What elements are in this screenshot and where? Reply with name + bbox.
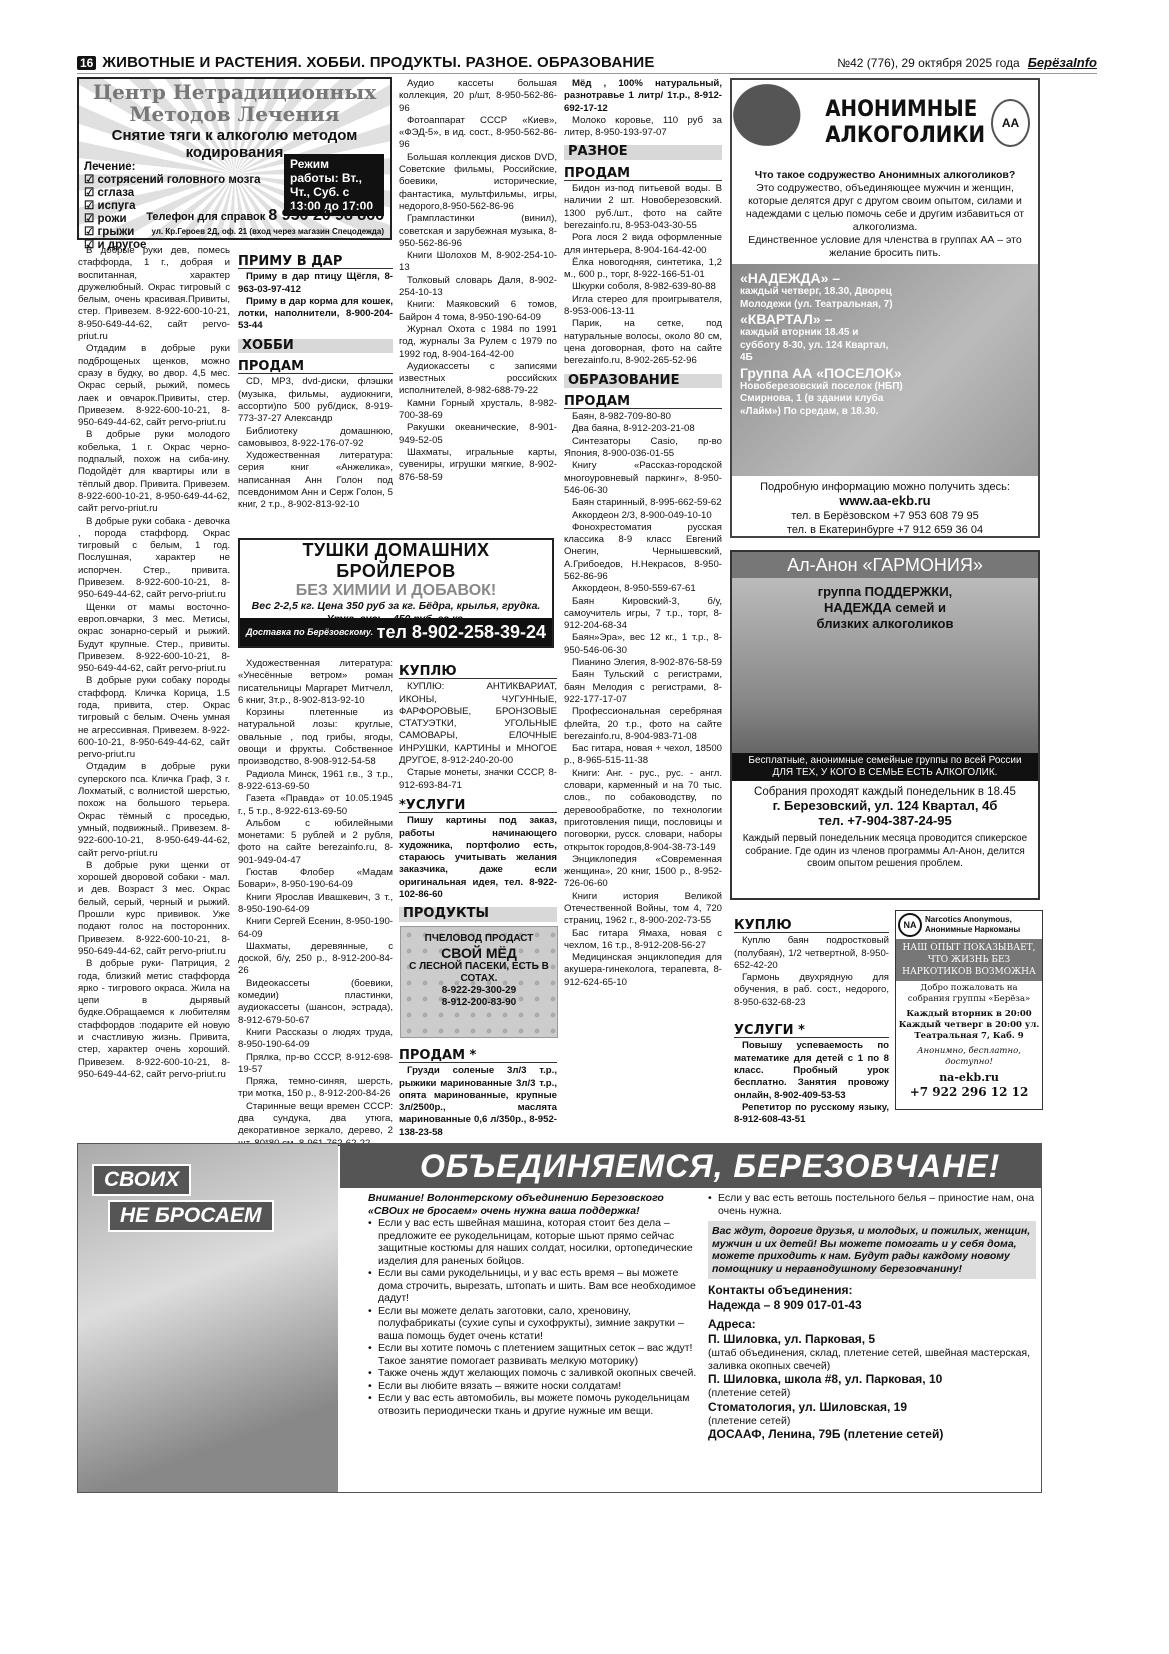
classified-item: Баян, 8-982-709-80-80 [564,411,722,423]
help-item: Если вы можете делать заготовки, сало, х… [368,1305,698,1343]
honey-phone: 8-922-29-300-29 [401,985,557,997]
na-header: NANarcotics Anonymous,Анонимные Наркоман… [896,911,1042,939]
classified-item: Аудиокассеты с записями известных россий… [399,361,557,398]
classified-item: Книгу «Рассказ-городской многоуровневый … [564,460,722,497]
classified-item: Игла стерео для проигрывателя, 8-953-006… [564,294,722,319]
classified-item: Книги история Великой Отечественной Войн… [564,891,722,928]
aa-phone: тел. в Берёзовском +7 953 608 79 95 [732,509,1038,523]
classified-item: Медицинская энциклопедия для акушера-гин… [564,952,722,989]
classified-item: Повышу успеваемость по математике для де… [734,1040,889,1101]
classified-item: Гармонь двухрядную для обучения, в раб. … [734,972,889,1009]
address-item: Стоматология, ул. Шиловская, 19 [708,1400,1036,1415]
classified-item: Большая коллекция дисков DVD, Советские … [399,152,557,213]
classified-item: Аккордеон 2/3, 8-900-049-10-10 [564,510,722,522]
classified-item: Гюстав Флобер «Мадам Бовари», 8-950-190-… [238,867,393,892]
group-title: Группа АА «ПОСЕЛОК» [740,365,1030,381]
classified-item: Фотоаппарат СССР «Киев», «ФЭД-5», в ид. … [399,115,557,152]
rubric-heading: ПРОДАМ [238,359,393,374]
aa-more: Подробную информацию можно получить здес… [732,480,1038,494]
classified-item: Журнал Охота с 1984 по 1991 год, журналы… [399,324,557,361]
ad-honey: ПЧЕЛОВОД ПРОДАСТ СВОЙ МЁД С ЛЕСНОЙ ПАСЕК… [400,926,558,1038]
help-item: Если вы хотите помочь с плетением защитн… [368,1342,698,1367]
broiler-phone: тел 8-902-258-39-24 [377,622,546,643]
ad-broilers: ТУШКИ ДОМАШНИХ БРОЙЛЕРОВ БЕЗ ХИМИИ И ДОБ… [238,538,554,648]
info-address: г. Березовский, ул. 124 Квартал, 4б [773,798,998,813]
na-title: Narcotics Anonymous, [925,915,1020,925]
banner-intro: Внимание! Волонтерскому объединению Бере… [368,1192,698,1217]
classified-item: Грузди соленые 3л/3 т.р., рыжики маринов… [399,1065,557,1139]
classified-item: Книги: Маяковский 6 томов, Байрон 4 тома… [399,299,557,324]
aa-title-line: АЛКОГОЛИКИ [825,123,985,149]
rubric-heading: *УСЛУГИ [399,798,557,813]
rubric-heading: УСЛУГИ * [734,1023,889,1038]
info-phone: тел. +7-904-387-24-95 [818,813,952,828]
classified-item: Энциклопедия «Современная женщина», 20 к… [564,854,722,891]
classified-item: Баян Кировский-3, б/у, самоучитель игры,… [564,596,722,633]
na-welcome: Добро пожаловать на собрания группы «Бер… [896,981,1042,1007]
classified-item: Пианино Элегия, 8-902-876-58-59 [564,657,722,669]
band-line: Бесплатные, анонимные семейные группы по… [734,755,1036,767]
classified-item: Ракушки океанические, 8-901-949-52-05 [399,422,557,447]
classified-item: Аккордеон, 8-950-559-67-61 [564,583,722,595]
category-heading: РАЗНОЕ [564,145,722,159]
banner-col2: Если у вас есть ветошь постельного белья… [708,1192,1036,1442]
classified-item: Камни Горный хрусталь, 8-982-700-38-69 [399,398,557,423]
column-buy-services-2: КУПЛЮ Куплю баян подростковый (полубаян)… [734,912,889,1126]
classified-item: Бидон из-под питьевой воды. В наличии 2 … [564,183,722,232]
classified-item: Бас гитара Ямаха, новая с чехлом, 16 т.р… [564,928,722,953]
aa-header: АНОНИМНЫЕАЛКОГОЛИКИ AA [732,80,1038,165]
classified-item: Шахматы, деревянные, с доской, б/у, 250 … [238,941,393,978]
aa-logo-icon: AA [991,99,1030,147]
classified-item: Молоко коровье, 110 руб за литер, 8-950-… [564,115,722,140]
na-message: НАШ ОПЫТ ПОКАЗЫВАЕТ, ЧТО ЖИЗНЬ БЕЗ НАРКО… [896,939,1042,981]
classified-item: В добрые руки молодого кобелька, 1 г. Ок… [78,429,230,515]
help-item: Если у вас есть ветошь постельного белья… [708,1192,1036,1217]
aa-title: АНОНИМНЫЕАЛКОГОЛИКИ [825,97,985,149]
classified-item: Приму в дар корма для кошек, лотки, напо… [238,296,393,333]
group-info: каждый четверг, 18.30, Дворец Молодежи (… [740,286,900,311]
rubric-heading: ПРИМУ В ДАР [238,254,393,269]
address: ул. Кр.Героев 2Д, оф. 21 (вход через маг… [151,227,384,236]
classified-item: Куплю баян подростковый (полубаян), 1/2 … [734,935,889,972]
address-note: (плетение сетей) [708,1387,1036,1400]
broiler-footer: Доставка по Берёзовскому.тел 8-902-258-3… [240,618,552,646]
broiler-subtitle: БЕЗ ХИМИИ И ДОБАВОК! [240,582,552,600]
ad-al-anon: Ал-Анон «ГАРМОНИЯ» группа ПОДДЕРЖКИ, НАД… [730,550,1040,900]
phone-label: Телефон для справок [146,211,265,223]
brand-logo: БерёзаInfo [1028,55,1097,70]
ad-alcoholics-anonymous: АНОНИМНЫЕАЛКОГОЛИКИ AA Что такое содруже… [730,78,1040,538]
group-info: каждый вторник 18.45 и субботу 8-30, ул.… [740,327,900,365]
phone-number: 8 950 20 98 866 [268,207,384,224]
classified-item: Ёлка новогодняя, синтетика, 1,2 м., 600 … [564,257,722,282]
classified-item: Парик, на сетке, под натуральные волосы,… [564,318,722,367]
rubric-heading: КУПЛЮ [734,918,889,933]
section-title: ЖИВОТНЫЕ И РАСТЕНИЯ. ХОББИ. ПРОДУКТЫ. РА… [102,54,654,71]
na-logo-icon: NA [898,913,922,937]
rubric-heading: ПРОДАМ * [399,1048,557,1063]
classified-item: Книги Рассказы о людях труда, 8-950-190-… [238,1027,393,1052]
page-number: 16 [77,56,96,70]
honey-line: С ЛЕСНОЙ ПАСЕКИ, ЕСТЬ В СОТАХ. [401,961,557,985]
column-products: ПРОДАМ * Грузди соленые 3л/3 т.р., рыжик… [399,1042,557,1139]
band-line: ДЛЯ ТЕХ, У КОГО В СЕМЬЕ ЕСТЬ АЛКОГОЛИК. [734,767,1036,779]
category-heading: ПРОДУКТЫ [399,907,557,921]
na-phone: +7 922 296 12 12 [896,1085,1042,1100]
alanon-band: Бесплатные, анонимные семейные группы по… [732,753,1038,781]
contacts-label: Контакты объединения: [708,1283,1036,1298]
address-note: (плетение сетей) [708,1415,1036,1428]
classified-item: Книги: Анг. - рус., рус. - англ. словари… [564,768,722,854]
slogan-tag: НЕ БРОСАЕМ [108,1200,274,1232]
help-item: Если вы любите вязать – вяжите носки сол… [368,1380,698,1393]
classified-item: Библиотеку домашнюю, самовывоз, 8-922-17… [238,426,393,451]
classified-item: Старые монеты, значки СССР, 8-912-693-84… [399,767,557,792]
aa-contacts: Подробную информацию можно получить здес… [732,476,1038,537]
address-item: ДОСААФ, Ленина, 79Б (плетение сетей) [708,1427,1036,1442]
classified-item: Репетитор по русскому языку, 8-912-608-4… [734,1102,889,1127]
honey-line: ПЧЕЛОВОД ПРОДАСТ [401,933,557,945]
classified-item: Баян»Эра», вес 12 кг., 1 т.р., 8-950-546… [564,632,722,657]
classified-item: Два баяна, 8-912-203-21-08 [564,423,722,435]
aa-groups: «НАДЕЖДА» – каждый четверг, 18.30, Дворе… [732,264,1038,476]
classified-item: В добрые руки дев, помесь стаффорда, 1 г… [78,245,230,343]
help-list: Если у вас есть швейная машина, которая … [368,1217,698,1417]
classified-item: Книги Сергей Есенин, 8-950-190-64-09 [238,916,393,941]
help-item: Также очень ждут желающих помочь с залив… [368,1367,698,1380]
group-photo: группа ПОДДЕРЖКИ, НАДЕЖДА семей и близки… [732,578,1038,753]
silhouette-image [732,83,819,163]
classified-item: Шахматы, игральные карты, сувениры, игру… [399,447,557,484]
classified-item: Альбом с юбилейными монетами: 5 рублей и… [238,818,393,867]
classified-item: Книги Шолохов М, 8-902-254-10-13 [399,250,557,275]
classified-item: Фонохрестоматия русская классика 8-9 кла… [564,522,722,583]
classified-item: Отдадим в добрые руки подброщеных щенков… [78,343,230,429]
group-info: Новоберезовский поселок (НБП) Смирнова, … [740,381,920,419]
classified-item: В добрые руки собаку породы стаффорд. Кл… [78,675,230,761]
broiler-price: Вес 2-2,5 кг. Цена 350 руб за кг. Бёдра,… [240,600,552,613]
group-title: «КВАРТАЛ» – [740,311,1030,327]
category-heading: ХОББИ [238,339,393,353]
classified-item: Прялка, пр-во СССР, 8-912-698-19-57 [238,1052,393,1077]
na-title: Анонимные Наркоманы [925,925,1020,935]
classified-item: Видеокассеты (боевики, комедии) пластинк… [238,978,393,1027]
aa-website[interactable]: www.aa-ekb.ru [839,493,930,508]
classified-item: Профессиональная серебряная флейта, 20 т… [564,706,722,743]
column-pets: В добрые руки дев, помесь стаффорда, 1 г… [78,245,230,1081]
classified-item: Синтезаторы Casio, пр-во Япония, 8-900-0… [564,436,722,461]
classified-item: Бас гитара, новая + чехол, 18500 р., 8-9… [564,743,722,768]
classified-item: Мёд , 100% натуральный, разнотравье 1 ли… [564,78,722,115]
address-item: П. Шиловка, ул. Парковая, 5 [708,1332,1036,1347]
column-gift-hobby: ПРИМУ В ДАР Приму в дар птицу Щёгля, 8-9… [238,248,393,512]
aa-question: Что такое содружество Анонимных алкоголи… [755,169,1016,181]
classified-item: Газета «Правда» от 10.05.1945 г., 5 т.р.… [238,793,393,818]
classified-item: Книги Ярослав Ивашкевич, 3 т., 8-950-190… [238,892,393,917]
honey-title: СВОЙ МЁД [401,945,557,961]
na-tagline: Анонимно, бесплатно, доступно! [896,1044,1042,1070]
column-misc-edu: Мёд , 100% натуральный, разнотравье 1 ли… [564,78,722,989]
classified-item: Художественная литература: серия книг «А… [238,450,393,511]
help-item: Если у вас есть швейная машина, которая … [368,1217,698,1267]
classified-item: Баян Тульский с регистрами, баян Мелодия… [564,669,722,706]
classified-item: Щенки от мамы восточно-европ.овчарки, 3 … [78,602,230,676]
banner-col1: Внимание! Волонтерскому объединению Бере… [368,1192,698,1417]
contact-phone: Надежда – 8 909 017-01-43 [708,1298,1036,1313]
classified-item: Толковый словарь Даля, 8-902-254-10-13 [399,275,557,300]
broiler-title: ТУШКИ ДОМАШНИХ БРОЙЛЕРОВ [240,540,552,582]
classified-item: Художественная литература: «Унесённые ве… [238,658,393,707]
classified-item: Приму в дар птицу Щёгля, 8-963-03-97-412 [238,271,393,296]
rubric-heading: КУПЛЮ [399,664,557,679]
classified-item: В добрые руки собака - девочка , порода … [78,516,230,602]
aa-paragraph: Единственное условие для членства в груп… [738,234,1032,260]
rubric-heading: ПРОДАМ [564,166,722,181]
classified-item: Шкурки соболя, 8-982-639-80-88 [564,281,722,293]
classified-item: Аудио кассеты большая коллекция, 20 р/шт… [399,78,557,115]
group-title: «НАДЕЖДА» – [740,270,1030,286]
classified-item: Радиола Минск, 1961 г.в., 3 т.р., 8-922-… [238,769,393,794]
classified-item: В добрые руки щенки от хорошей дворовой … [78,860,230,958]
ad-title: Центр Нетрадиционных Методов Лечения [79,81,390,125]
ad-healing-center: Центр Нетрадиционных Методов Лечения Сня… [77,77,392,240]
classified-item: Рога лося 2 вида оформленные для интерье… [564,232,722,257]
column-hobby-2: Аудио кассеты большая коллекция, 20 р/шт… [399,78,557,484]
slogan-tag: СВОИХ [92,1164,191,1196]
classified-item: CD, MP3, dvd-диски, флэшки (музыка, филь… [238,376,393,425]
category-heading: ОБРАЗОВАНИЕ [564,374,722,388]
aa-paragraph: Это содружество, объединяющее мужчин и ж… [738,182,1032,234]
address-note: (штаб объединения, склад, плетение сетей… [708,1347,1036,1372]
classified-item: Пишу картины под заказ, работы начинающе… [399,815,557,901]
na-schedule: Каждый вторник в 20:00 Каждый четверг в … [896,1007,1042,1044]
aa-title-line: АНОНИМНЫЕ [825,97,985,123]
help-list: Если у вас есть ветошь постельного белья… [708,1192,1036,1217]
classified-item: Баян старинный, 8-995-662-59-62 [564,497,722,509]
help-item: Если у вас есть автомобиль, вы можете по… [368,1392,698,1417]
classified-item: Пряжа, темно-синяя, шерсть, три мотка, 1… [238,1076,393,1101]
help-item: Если вы сами рукодельницы, и у вас есть … [368,1267,698,1305]
page-header: 16 ЖИВОТНЫЕ И РАСТЕНИЯ. ХОББИ. ПРОДУКТЫ.… [77,52,1097,74]
delivery-note: Доставка по Берёзовскому. [246,627,373,637]
classified-item: Грампластинки (винил), советская и заруб… [399,213,557,250]
column-hobby-cont: Художественная литература: «Унесённые ве… [238,658,393,1150]
phone-line: Телефон для справок 8 950 20 98 866 [146,207,384,225]
banner-headline: ОБЪЕДИНЯЕМСЯ, БЕРЕЗОВЧАНЕ! [340,1144,1041,1188]
na-website[interactable]: na-ekb.ru [896,1070,1042,1085]
column-buy-services: КУПЛЮ КУПЛЮ: АНТИКВАРИАТ, ИКОНЫ, ЧУГУННЫ… [399,658,557,924]
rubric-heading: ПРОДАМ [564,394,722,409]
issue-date: №42 (776), 29 октября 2025 года [837,56,1019,70]
ad-narcotics-anonymous: NANarcotics Anonymous,Анонимные Наркоман… [895,910,1043,1110]
info-note: Каждый первый понедельник месяца проводи… [736,833,1034,871]
address-item: П. Шиловка, школа #8, ул. Парковая, 10 [708,1372,1036,1387]
volunteer-banner: СВОИХ НЕ БРОСАЕМ ОБЪЕДИНЯЕМСЯ, БЕРЕЗОВЧА… [77,1143,1042,1493]
classified-item: КУПЛЮ: АНТИКВАРИАТ, ИКОНЫ, ЧУГУННЫЕ, ФАР… [399,681,557,767]
address-label: Адреса: [708,1317,1036,1332]
banner-invite: Вас ждут, дорогие друзья, и молодых, и п… [708,1221,1036,1279]
honey-phone: 8-912-200-83-90 [401,997,557,1009]
alanon-info: Собрания проходят каждый понедельник в 1… [732,781,1038,875]
classified-item: Отдадим в добрые руки суперского пса. Кл… [78,761,230,859]
photo-caption: группа ПОДДЕРЖКИ, НАДЕЖДА семей и близки… [805,584,965,632]
aa-phone: тел. в Екатеринбурге +7 912 659 36 04 [732,523,1038,537]
aa-intro: Что такое содружество Анонимных алкоголи… [732,165,1038,264]
alanon-title: Ал-Анон «ГАРМОНИЯ» [732,552,1038,578]
info-line: Собрания проходят каждый понедельник в 1… [736,785,1034,799]
classified-item: В добрые руки- Патриция, 2 года, близкий… [78,958,230,1081]
classified-item: Корзины плетенные из натуральной лозы: к… [238,707,393,768]
hands-net-photo [78,1144,338,1492]
